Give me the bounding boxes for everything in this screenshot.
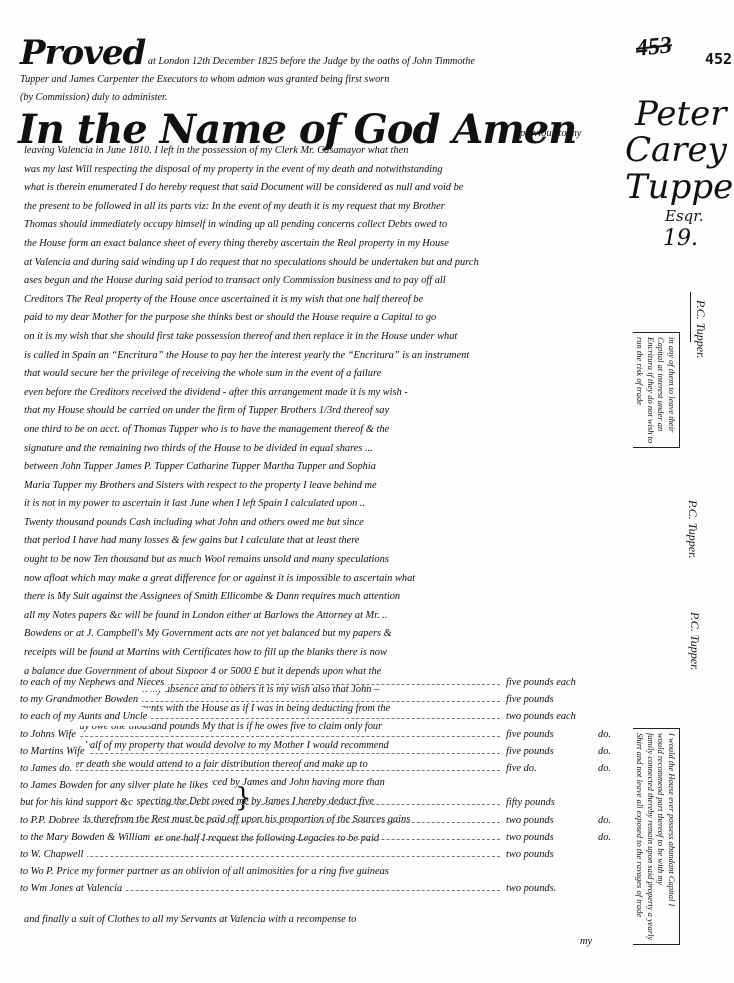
note-line: in any of them to leave their [667,337,678,443]
legatee: to Johns Wife [20,726,80,743]
body-line: leaving Valencia in June 1810. I left in… [24,142,618,161]
body-line: Maria Tupper my Brothers and Sisters wit… [24,477,618,496]
body-line: that my House should be carried on under… [24,402,618,421]
legacy-row: to Martins Wife five pounds do. [20,743,620,760]
body-line: paid to my dear Mother for the purpose s… [24,309,618,328]
legatee: to Martins Wife [20,743,89,760]
note-line: Encritura if they do not wish to [646,337,657,443]
catchword: my [580,936,592,947]
probate-initial: Proved [20,33,145,73]
testator-first-name: Peter [625,96,734,132]
testator-middle-name: Carey [625,132,734,168]
body-line: on it is my wish that she should first t… [24,328,618,347]
margin-note-2: I would the House ever possess abundant … [633,728,680,945]
legatee: to P.P. Dobree [20,812,83,829]
legacy-amount: two pounds [502,812,554,829]
legatee: to James do. [20,760,76,777]
ditto-mark: do. [598,829,611,846]
note-line: Capital at interest under an [656,337,667,443]
body-line: Creditors The Real property of the House… [24,291,618,310]
body-line: Bowdens or at J. Campbell's My Governmen… [24,625,618,644]
body-line: ases begun and the House during said per… [24,272,618,291]
legacy-row: to Johns Wife five pounds do. [20,726,620,743]
body-line: signature and the remaining two thirds o… [24,440,618,459]
body-line: the House form an exact balance sheet of… [24,235,618,254]
margin-signature-2: P.C. Tupper. [685,500,700,558]
legacy-row: to P.P. Dobree two pounds do. [20,812,620,829]
testator-margin-name: Peter Carey Tupper. Esqr. 19. [625,96,734,252]
legatee: to each of my Nephews and Nieces [20,674,168,691]
body-line: one third to be on acct. of Thomas Tuppe… [24,421,618,440]
legacy-amount: five pounds [502,691,554,708]
probate-line-3: (by Commission) duly to administer. [20,89,630,107]
legacy-amount: two pounds. [502,880,556,897]
legacies-list: to each of my Nephews and Nieces five po… [20,674,620,897]
body-line: now afloat which may make a great differ… [24,570,618,589]
legacy-amount: two pounds each [502,708,576,725]
body-line: receipts will be found at Martins with C… [24,644,618,663]
margin-signature-3: P.C. Tupper. [687,612,702,670]
probate-clause: Proved at London 12th December 1825 befo… [20,38,630,107]
note-line: family connected thereby remain upon sai… [646,733,657,940]
body-line: Twenty thousand pounds Cash including wh… [24,514,618,533]
body-line: there is My Suit against the Assignees o… [24,588,618,607]
legacy-row: to W. Chapwell two pounds [20,846,620,863]
legacy-amount: five pounds [502,743,554,760]
body-line: that period I have had many losses & few… [24,532,618,551]
body-line: what is therein enumerated I do hereby r… [24,179,618,198]
folio-number: 452 [705,50,732,68]
legatee: to W. Chapwell [20,846,87,863]
ditto-mark: do. [598,726,611,743]
legacy-row: to each of my Aunts and Uncle two pounds… [20,708,620,725]
note-line: run the risk of trade [635,337,646,443]
ditto-mark: do. [598,812,611,829]
legatee: to each of my Aunts and Uncle [20,708,151,725]
brace-mark: } [235,785,252,811]
legacy-row: but for his kind support &c fifty pounds [20,794,620,811]
body-line: all my Notes papers &c will be found in … [24,607,618,626]
leader-dashes [20,822,500,823]
heading-continuation: previous to my [520,128,581,139]
legacy-row: to James Bowden for any silver plate he … [20,777,620,794]
body-line: between John Tupper James P. Tupper Cath… [24,458,618,477]
legatee: to James Bowden for any silver plate he … [20,777,212,794]
legatee: to Wm Jones at Valencia [20,880,126,897]
entry-number: 19. [625,226,734,252]
legacy-row: to Wo P. Price my former partner as an o… [20,863,620,880]
body-line: it is not in my power to ascertain it la… [24,495,618,514]
legacy-amount: five pounds [502,726,554,743]
legatee: to Wo P. Price my former partner as an o… [20,863,393,880]
will-page: 453 452 Proved at London 12th December 1… [0,0,734,983]
margin-rule [690,292,691,342]
body-line: was my last Will respecting the disposal… [24,161,618,180]
ditto-mark: do. [598,760,611,777]
legacy-amount: two pounds [502,846,554,863]
testator-surname: Tupper. [625,168,734,206]
struck-folio-number: 453 [635,32,674,63]
legacy-amount: two pounds [502,829,554,846]
legacy-amount: five do. [502,760,537,777]
legacy-amount: fifty pounds [502,794,555,811]
body-line: Thomas should immediately occupy himself… [24,216,618,235]
legacy-row: to Wm Jones at Valencia two pounds. [20,880,620,897]
note-line: Shirt and not leave all exposed to the r… [635,733,646,940]
testator-honorific: Esqr. [625,206,734,226]
body-line: is called in Spain an “Encritura” the Ho… [24,347,618,366]
legacy-row: to each of my Nephews and Nieces five po… [20,674,620,691]
closing-line: and finally a suit of Clothes to all my … [24,914,356,925]
body-line: the present to be followed in all its pa… [24,198,618,217]
leader-dashes [20,736,500,737]
margin-note-1: in any of them to leave their Capital at… [633,332,680,448]
leader-dashes [20,856,500,857]
probate-line-1: at London 12th December 1825 before the … [148,56,475,67]
legatee: to my Grandmother Bowden [20,691,142,708]
body-line: ought to be now Ten thousand but as much… [24,551,618,570]
body-line: at Valencia and during said winding up I… [24,254,618,273]
legacy-amount: five pounds each [502,674,576,691]
legacy-row: to James do. five do. do. [20,760,620,777]
body-line: even before the Creditors received the d… [24,384,618,403]
leader-dashes [20,753,500,754]
legacy-row: to my Grandmother Bowden five pounds [20,691,620,708]
leader-dashes [20,770,500,771]
legatee: but for his kind support &c [20,794,137,811]
ditto-mark: do. [598,743,611,760]
legacy-row: to the Mary Bowden & William two pounds … [20,829,620,846]
probate-line-2: Tupper and James Carpenter the Executors… [20,71,630,89]
note-line: I would the House ever possess abundant … [667,733,678,940]
margin-signature-1: P.C. Tupper. [693,300,708,358]
note-line: would recommend part thereof to be with … [656,733,667,940]
legatee: to the Mary Bowden & William [20,829,154,846]
body-line: that would secure her the privilege of r… [24,365,618,384]
